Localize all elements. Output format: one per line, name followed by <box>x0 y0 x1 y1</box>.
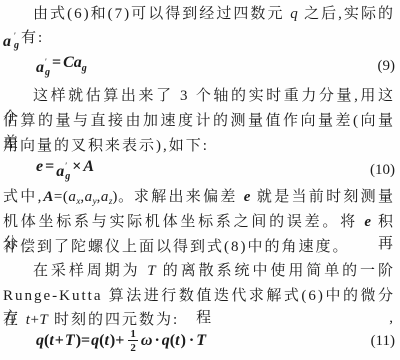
subscript-g: g <box>45 68 50 78</box>
text-run: 机体坐标系与实际机体坐标系之间的误差。将 <box>3 214 364 230</box>
text-run: 就是当前时刻测量 <box>251 189 395 205</box>
equation-9: a′g=Cag (9) <box>3 52 395 80</box>
cross-product-sign: × <box>72 158 81 175</box>
fraction-numerator: 1 <box>128 328 138 340</box>
equals-sign: = <box>52 54 61 71</box>
close-paren-plus: )+ <box>110 332 124 349</box>
text-run: 有: <box>21 30 44 46</box>
var-a: a <box>74 54 82 71</box>
var-T: T <box>147 263 156 279</box>
close-paren: ) <box>181 332 186 349</box>
equation-10: e=a′g×A (10) <box>3 156 395 184</box>
var-A: A <box>43 189 54 205</box>
fraction-denominator: 2 <box>128 340 138 354</box>
var-e: e <box>36 158 43 175</box>
var-t: t <box>175 332 179 349</box>
equals-open-paren: =( <box>54 189 68 205</box>
var-C: C <box>63 54 74 71</box>
document-page: 由式(6)和(7)可以得到经过四数元 q 之后,实际的 a′g有: a′g=Ca… <box>0 0 400 360</box>
var-a: a <box>36 58 44 77</box>
var-a: a <box>56 162 64 181</box>
equation-9-body: a′g=Cag <box>36 54 87 77</box>
text-run: 的离散系统中使用简单的一阶 <box>156 263 395 279</box>
text-run: 补偿到了陀螺仪上面以得到式(8)中的角速度。 <box>3 239 350 255</box>
close-paren-equals: )= <box>76 332 90 349</box>
var-a: a <box>101 189 109 205</box>
var-a: a <box>3 32 13 51</box>
var-a-prime-g: a′g <box>56 162 70 181</box>
prime-sub-stack: ′g <box>45 58 50 77</box>
equation-number: (10) <box>370 162 395 179</box>
para-3-line-3: 补偿到了陀螺仪上面以得到式(8)中的角速度。 <box>3 236 395 258</box>
var-omega: ω <box>141 332 153 349</box>
var-a: a <box>85 189 93 205</box>
equals-sign: = <box>45 158 54 175</box>
var-q: q <box>162 332 170 349</box>
text-run: 在采样周期为 <box>33 263 147 279</box>
plus-sign: + <box>55 332 64 349</box>
text-run: 式中, <box>3 189 43 205</box>
para-2-line-3: 用向量的叉积来表示),如下: <box>3 135 395 157</box>
var-q: q <box>91 332 99 349</box>
var-t: t <box>49 332 53 349</box>
text-run: 求解出来偏差 <box>134 189 244 205</box>
var-q: q <box>36 332 44 349</box>
para-4-line-1: 在采样周期为 T 的离散系统中使用简单的一阶 <box>3 260 395 282</box>
equation-number: (11) <box>371 333 395 350</box>
var-e: e <box>244 189 251 205</box>
text-run: 由式(6)和(7)可以得到经过四数元 <box>33 6 290 22</box>
fraction-one-half: 12 <box>128 328 138 354</box>
para-3-line-1: 式中,A=(ax,ay,az)。求解出来偏差 e 就是当前时刻测量 <box>3 186 395 212</box>
dot-operator: · <box>154 332 159 349</box>
prime-sub-stack: ′g <box>65 162 70 181</box>
prime-sub-stack: ′g <box>14 32 21 51</box>
equation-11-body: q(t+T)=q(t)+12ω·q(t)·T <box>36 328 206 354</box>
var-A: A <box>83 158 94 175</box>
close-paren-period: )。 <box>112 189 134 205</box>
text-run: 用向量的叉积来表示),如下: <box>3 138 209 154</box>
subscript-g: g <box>65 172 70 182</box>
equation-10-body: e=a′g×A <box>36 158 94 181</box>
var-t: t <box>104 332 108 349</box>
subscript-g: g <box>14 41 21 51</box>
var-T: T <box>196 332 206 349</box>
text-run: 之后,实际的 <box>298 6 395 22</box>
var-a-prime-g: a′g <box>3 32 21 51</box>
para-1-line-1: 由式(6)和(7)可以得到经过四数元 q 之后,实际的 <box>3 3 395 25</box>
dot-operator: · <box>189 332 194 349</box>
equation-number: (9) <box>378 58 396 75</box>
var-T: T <box>65 332 75 349</box>
subscript-g: g <box>82 63 87 74</box>
equation-11: q(t+T)=q(t)+12ω·q(t)·T (11) <box>3 322 395 360</box>
var-a-prime-g: a′g <box>36 58 50 77</box>
para-1-line-2: a′g有: <box>3 27 395 51</box>
